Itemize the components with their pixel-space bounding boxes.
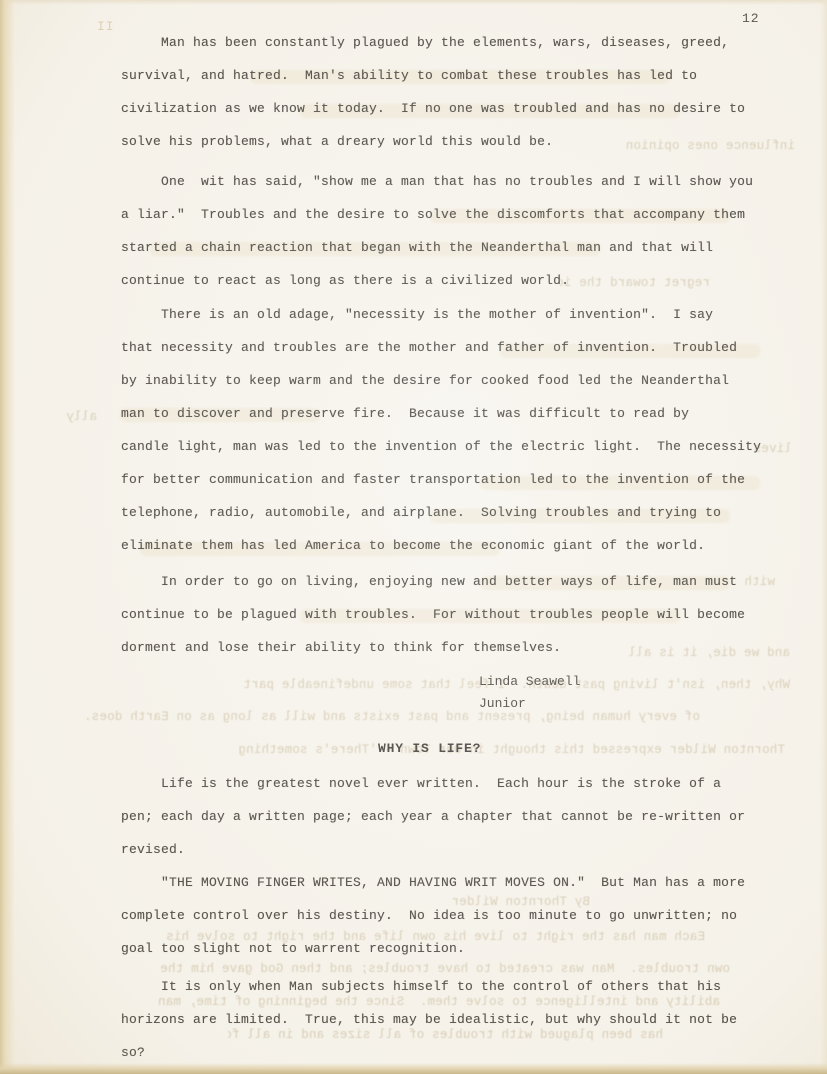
- essay1-paragraph-3: There is an old adage, "necessity is the…: [121, 298, 761, 562]
- bleedthrough-text: of every human being, present and past e…: [35, 710, 700, 727]
- essay1-paragraph-1: Man has been constantly plagued by the e…: [121, 26, 745, 158]
- author-name: Linda Seawell: [479, 674, 580, 689]
- paper-edge-left: [0, 0, 15, 1074]
- bleedthrough-text: Why, then, isn't living past death. I fe…: [85, 678, 790, 695]
- corner-numeral: II: [97, 19, 115, 34]
- paper-edge-bottom: [0, 1063, 827, 1074]
- author-role: Junior: [479, 696, 526, 711]
- paper-edge-right: [820, 0, 827, 1074]
- paper-edge-top: [0, 0, 827, 5]
- essay2-paragraph-1: Life is the greatest novel ever written.…: [121, 767, 745, 866]
- page-number: 12: [742, 11, 760, 26]
- essay2-paragraph-3: It is only when Man subjects himself to …: [121, 970, 737, 1069]
- essay1-paragraph-2: One wit has said, "show me a man that ha…: [121, 165, 753, 297]
- essay2-paragraph-2: "THE MOVING FINGER WRITES, AND HAVING WR…: [121, 866, 745, 965]
- author-attribution: Linda Seawell Junior: [479, 671, 580, 715]
- bleedthrough-text: ally: [52, 410, 97, 427]
- scanned-page: influence ones opinionregret toward the …: [0, 0, 827, 1074]
- essay1-paragraph-4: In order to go on living, enjoying new a…: [121, 565, 745, 664]
- essay2-title: WHY IS LIFE?: [378, 741, 481, 756]
